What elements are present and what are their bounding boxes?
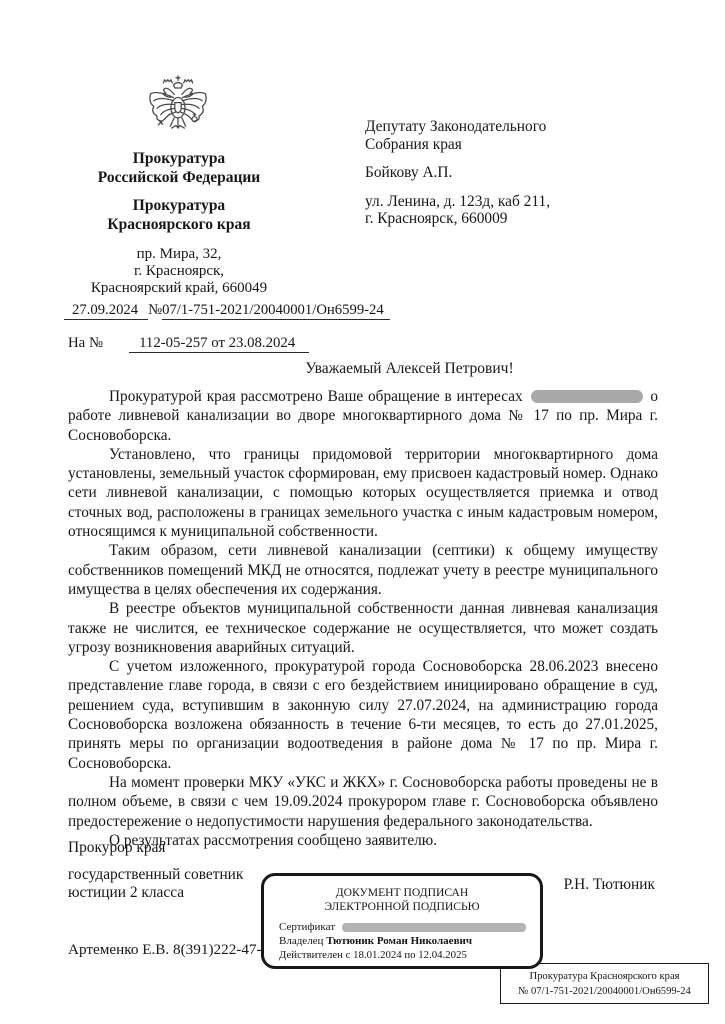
signer-position: Прокурор края [68,839,165,857]
outgoing-date: 27.09.2024 [64,302,148,320]
paragraph: Прокуратурой края рассмотрено Ваше обращ… [68,387,658,445]
registration-stamp-org: Прокуратура Красноярского края [501,969,708,984]
outgoing-number: 07/1-751-2021/20040001/Он6599-24 [162,302,390,320]
org-name-line: Прокуратура [52,150,306,169]
recipient-position-line: Депутату Законодательного [365,118,550,136]
signer-rank-line: государственный советник [68,866,243,884]
registration-stamp-number: № 07/1-751-2021/20040001/Он6599-24 [501,984,708,999]
esign-title-line: ЭЛЕКТРОННОЙ ПОДПИСЬЮ [264,900,540,914]
reference-label: На № [68,335,103,351]
signer-rank: государственный советник юстиции 2 класс… [68,866,243,902]
esign-owner-row: Владелец Тютюник Роман Николаевич [279,934,540,948]
org-address-line: пр. Мира, 32, [52,246,306,263]
esign-title-line: ДОКУМЕНТ ПОДПИСАН [264,886,540,900]
recipient-name: Бойкову А.П. [365,164,550,182]
redaction-bar [531,390,643,403]
recipient-block: Депутату Законодательного Собрания края … [365,118,550,228]
number-sign: № [148,302,162,318]
certificate-redaction-bar [342,923,526,932]
letter-body: Прокуратурой края рассмотрено Ваше обращ… [68,387,658,850]
letterhead: Прокуратура Российской Федерации Прокура… [52,150,306,297]
registration-stamp: Прокуратура Красноярского края № 07/1-75… [500,963,709,1004]
org-address-line: г. Красноярск, [52,263,306,280]
org-name-line: Красноярского края [52,216,306,235]
owner-name: Тютюник Роман Николаевич [326,935,472,947]
coat-of-arms-eagle-icon [146,74,210,149]
signer-rank-line: юстиции 2 класса [68,884,243,902]
paragraph: Таким образом, сети ливневой канализации… [68,541,658,599]
document-page: Прокуратура Российской Федерации Прокура… [0,0,725,1024]
paragraph-text: Прокуратурой края рассмотрено Ваше обращ… [109,388,523,405]
paragraph: С учетом изложенного, прокуратурой город… [68,657,658,773]
esign-certificate-row: Сертификат [279,920,540,934]
electronic-signature-stamp: ДОКУМЕНТ ПОДПИСАН ЭЛЕКТРОННОЙ ПОДПИСЬЮ С… [261,873,543,969]
signer-name: Р.Н. Тютюник [564,876,655,894]
recipient-address-line: г. Красноярск, 660009 [365,210,550,228]
outgoing-number-line: 27.09.2024№07/1-751-2021/20040001/Он6599… [64,302,390,319]
salutation: Уважаемый Алексей Петрович! [68,360,657,378]
reference-line: На №112-05-257 от 23.08.2024 [68,335,309,352]
recipient-position-line: Собрания края [365,136,550,154]
certificate-label: Сертификат [279,921,335,933]
owner-label: Владелец [279,935,323,947]
executor-contact: Артеменко Е.В. 8(391)222-47-38 [68,941,277,959]
org-address-line: Красноярский край, 660049 [52,280,306,297]
paragraph: В реестре объектов муниципальной собстве… [68,599,658,657]
recipient-address-line: ул. Ленина, д. 123д, каб 211, [365,193,550,211]
reference-value: 112-05-257 от 23.08.2024 [129,335,309,353]
paragraph: Установлено, что границы придомовой терр… [68,445,658,541]
esign-validity-row: Действителен с 18.01.2024 по 12.04.2025 [279,948,540,962]
org-name-line: Российской Федерации [52,169,306,188]
paragraph: На момент проверки МКУ «УКС и ЖКХ» г. Со… [68,773,658,831]
org-name-line: Прокуратура [52,197,306,216]
